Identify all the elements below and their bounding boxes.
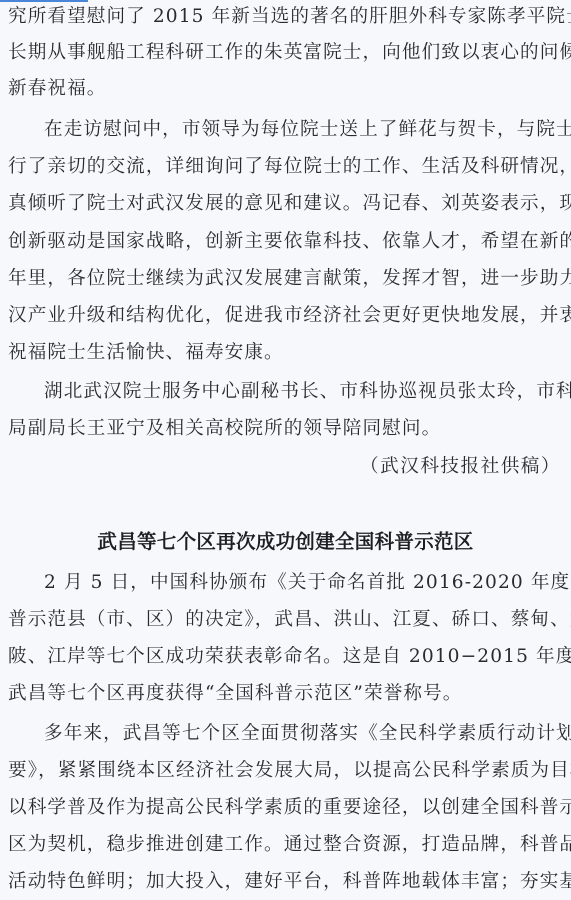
paragraph-line: 普示范县（市、区）的决定》，武昌、洪山、江夏、硚口、蔡甸、黄 [8, 608, 564, 632]
source-credit: （武汉科技报社供稿） [360, 455, 561, 479]
paragraph-line: 汉产业升级和结构优化，促进我市经济社会更好更快地发展，并衷心 [8, 304, 564, 328]
paragraph-line: 年里，各位院士继续为武汉发展建言献策，发挥才智，进一步助力武 [8, 267, 564, 291]
paragraph-line: 究所看望慰问了 2015 年新当选的著名的肝胆外科专家陈孝平院士和 [8, 5, 564, 29]
paragraph-line: 以科学普及作为提高公民科学素质的重要途径，以创建全国科普示范 [8, 796, 564, 820]
document-page: 究所看望慰问了 2015 年新当选的著名的肝胆外科专家陈孝平院士和 长期从事舰船… [0, 0, 571, 900]
article-title: 武昌等七个区再次成功创建全国科普示范区 [0, 529, 571, 555]
paragraph-line: 行了亲切的交流，详细询问了每位院士的工作、生活及科研情况，认 [8, 155, 564, 179]
paragraph-line: 多年来，武昌等七个区全面贯彻落实《全民科学素质行动计划纲 [44, 722, 564, 746]
paragraph-line: 长期从事舰船工程科研工作的朱英富院士，向他们致以衷心的问候和 [8, 41, 564, 65]
paragraph-line: 活动特色鲜明；加大投入，建好平台，科普阵地载体丰富；夯实基础， [8, 870, 564, 894]
paragraph-line: 在走访慰问中，市领导为每位院士送上了鲜花与贺卡，与院士进 [44, 118, 564, 142]
paragraph-line: 湖北武汉院士服务中心副秘书长、市科协巡视员张太玲，市科技 [44, 380, 564, 404]
paragraph-line: 局副局长王亚宁及相关高校院所的领导陪同慰问。 [8, 417, 564, 441]
paragraph-line: 祝福院士生活愉快、福寿安康。 [8, 341, 564, 365]
paragraph-line: 武昌等七个区再度获得“全国科普示范区”荣誉称号。 [8, 682, 564, 706]
paragraph-line: 陂、江岸等七个区成功荣获表彰命名。这是自 2010−2015 年度以来， [8, 645, 564, 669]
paragraph-line: 要》，紧紧围绕本区经济社会发展大局，以提高公民科学素质为目标， [8, 759, 564, 783]
paragraph-line: 真倾听了院士对武汉发展的意见和建议。冯记春、刘英姿表示，现在 [8, 192, 564, 216]
paragraph-line: 创新驱动是国家战略，创新主要依靠科技、依靠人才，希望在新的一 [8, 230, 564, 254]
paragraph-line: 新春祝福。 [8, 77, 564, 101]
paragraph-line: 2 月 5 日，中国科协颁布《关于命名首批 2016-2020 年度全国科 [44, 571, 564, 595]
paragraph-line: 区为契机，稳步推进创建工作。通过整合资源，打造品牌，科普品牌 [8, 833, 564, 857]
